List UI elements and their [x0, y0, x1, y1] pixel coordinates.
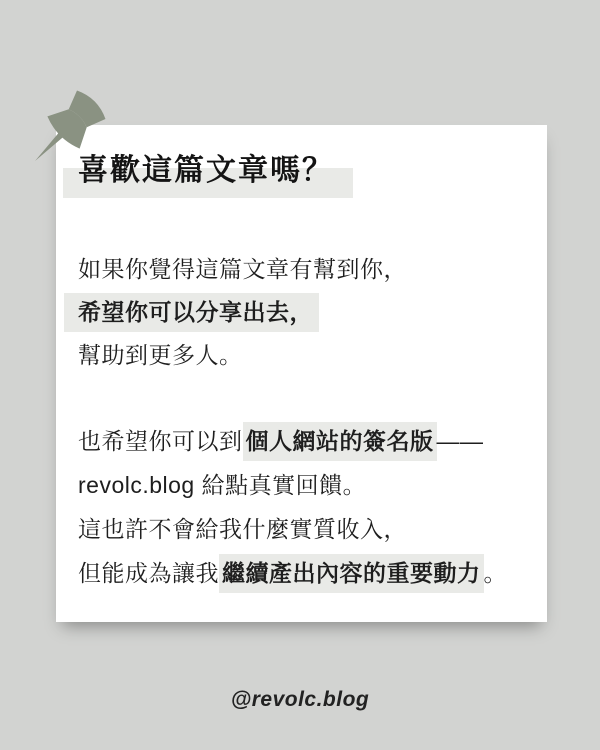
- paragraph-feedback: 也希望你可以到個人網站的簽名版—— revolc.blog 給點真實回饋。 這也…: [78, 419, 507, 595]
- body-text: 。: [484, 560, 508, 586]
- background: 喜歡這篇文章嗎？ 如果你覺得這篇文章有幫到你， 希望你可以分享出去， 幫助到更多…: [0, 0, 600, 750]
- body-text: 這也許不會給我什麼實質收入，: [78, 516, 407, 542]
- note-card: 喜歡這篇文章嗎？ 如果你覺得這篇文章有幫到你， 希望你可以分享出去， 幫助到更多…: [56, 125, 547, 622]
- body-line: 如果你覺得這篇文章有幫到你，: [78, 248, 407, 291]
- pushpin-icon: [12, 78, 118, 184]
- body-line: 也希望你可以到個人網站的簽名版——: [78, 419, 507, 463]
- highlighted-text: 個人網站的簽名版: [243, 422, 437, 461]
- body-text: 幫助到更多人。: [78, 342, 243, 368]
- highlighted-text: 希望你可以分享出去，: [64, 293, 319, 332]
- paragraph-share: 如果你覺得這篇文章有幫到你， 希望你可以分享出去， 幫助到更多人。: [78, 248, 407, 377]
- body-text: 如果你覺得這篇文章有幫到你，: [78, 256, 407, 282]
- body-text: 但能成為讓我: [78, 560, 219, 586]
- body-text: ——: [437, 428, 484, 454]
- body-line: 幫助到更多人。: [78, 334, 407, 377]
- body-line: 希望你可以分享出去，: [78, 291, 407, 334]
- body-text: 也希望你可以到: [78, 428, 243, 454]
- body-line: 這也許不會給我什麼實質收入，: [78, 507, 507, 551]
- body-line: revolc.blog 給點真實回饋。: [78, 463, 507, 507]
- footer-handle: @revolc.blog: [0, 688, 600, 712]
- body-line: 但能成為讓我繼續產出內容的重要動力。: [78, 551, 507, 595]
- highlighted-text: 繼續產出內容的重要動力: [219, 554, 484, 593]
- body-text: revolc.blog 給點真實回饋。: [78, 472, 366, 498]
